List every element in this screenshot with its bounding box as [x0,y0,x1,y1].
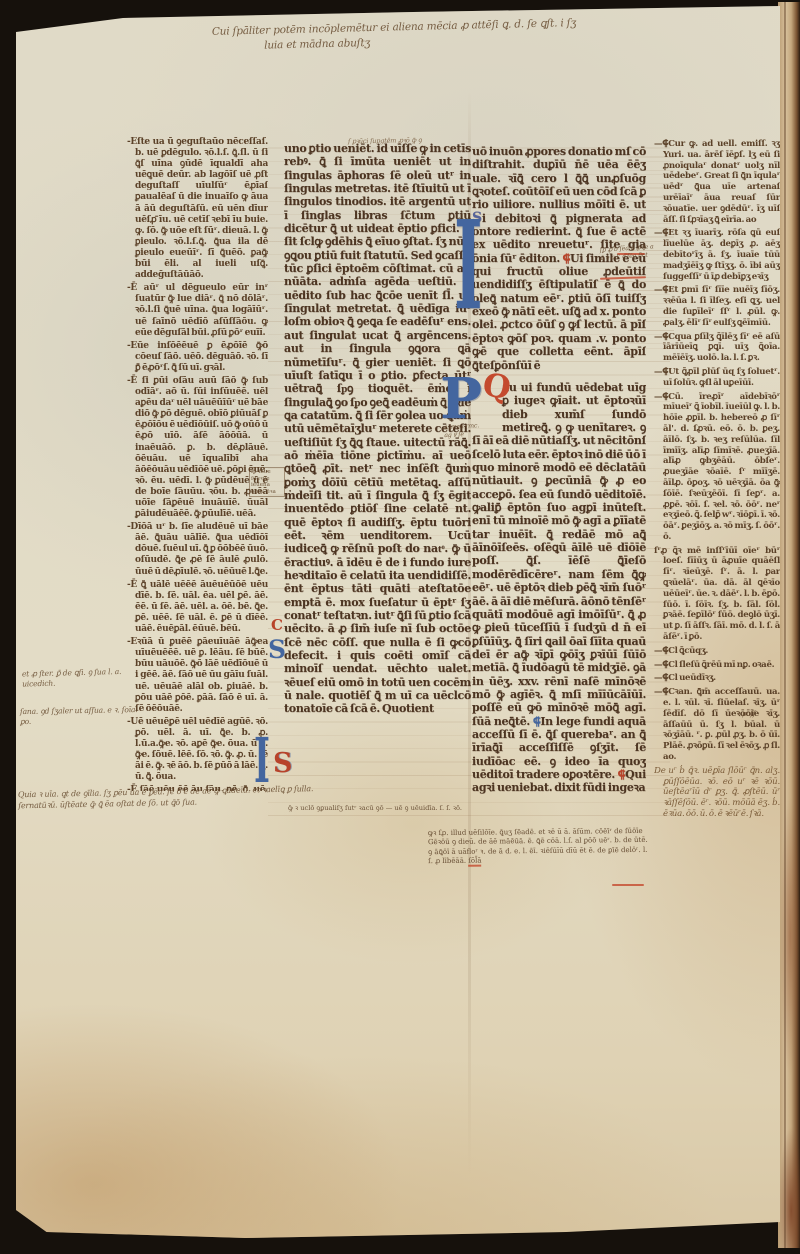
manuscript-page: Cui ſpāliter potēm incōplemētur ei alien… [16,4,780,1246]
photograph-of-manuscript: Cui ſpāliter potēm incōplemētur ei alien… [0,0,800,1254]
main-text-segment: uō inuōn ꝓpores donatio mſ cō diſtrahit.… [472,145,646,211]
left-gloss-column: ‑Eſte ua ū ꝯeguſtaūo nēceſſaſ. b. uē ꝑdē… [127,137,268,791]
gloss-entry: ‑Ē aūʳ ul dēgueulo eūr inʳ ſuatūr ꝙ̄ lue… [127,283,268,338]
gloss-entry: —⸿Cl ꝗ̄cūqʒ. [654,646,780,657]
gloss-entry: —⸿Cū. īreꝓīʳ aīdebīꝛōʳ mīueīʳ ꝗ̄ īobīl. … [654,392,780,543]
gloss-entry: —⸿Cl ueūdīꝛʒ. [654,673,780,684]
header-annotation: Cui ſpāliter potēm incōplemētur ei alien… [212,11,773,55]
main-text-block: uō inuōn ꝓpores donatio mſ cō diſtrahit.… [472,145,646,381]
boxed-marginal-note: ſꝑ̄ inue ſueꝛūe ieuena oēm. ēꝛa [249,467,285,497]
main-text-segment: Ui ſimile ē eū qui fructū oliue ꝓdeūtiſ … [472,252,646,372]
tiny-margin-note: poſſ [742,710,778,718]
main-text-segment: i fundo iure heꝛditaīo ē celatū ita uend… [284,556,471,662]
main-text-column-left: uno ꝑtio ueniēt. id uīſſe ꝙ in cetīs reb… [284,142,471,810]
gloss-entry: —⸿Cqua ꝑſīlʒ ꝗ̄īlēʒ ſīʳ eē aſū īārīūeīꝗ … [654,332,780,364]
gloss-entry: ‑Ē ſi ꝑūi oſāu auū ſāō ꝙ̄ ſub odīāʳ. aō … [127,376,268,520]
gloss-entry: —⸿Cꝛan. ꝗ̄m̄ acceſſauū. ua. e. l. ꝛūl. ꝛ… [654,687,780,763]
gloss-entry: ‑Eſte ua ū ꝯeguſtaūo nēceſſaſ. b. uē ꝑdē… [127,137,268,281]
red-initial-Q: Q [480,368,513,404]
gloss-entry: ſʳꝓ ꝗ̄ꝛ mē inſſʳīūī oīeʳ būʳ loeſ. ſīīūʒ… [654,546,780,643]
red-capitulum-icon: ⸿ [562,252,570,265]
gloss-entry: —⸿Et ꝛʒ īuarīʒ. rōſa ꝗū euſ līuelūe āʒ. … [654,228,780,282]
gloss-entry: ‑Ē ꝗ̄ uālē uēēē āuēuēūōē uēu dīē. b. ſē.… [127,580,268,635]
red-underlined-word: ſōl̄ā [468,857,481,867]
gloss-entry: —⸿Cl ſleſū ꝗ̄rēū mī nꝑ. oꝛaē. [654,660,780,671]
bottom-right-gloss: ꝙꝛ ſꝓ. illud uēſilōīe. ꝗ̄uʒ ſēadē. et ꝛē… [428,827,648,867]
left-margin-note: et ꝓ ſter. ꝑ̄ de ꝗſi. ꝯ ſua l. a. uicedi… [22,666,138,689]
gloss-entry: —⸿Et ꝑmī ſīʳ ſīīe nuēīʒ ſīōʒ. ꝛꝛēūa l. ſ… [654,285,780,328]
gloss-entry: ‑Eꝛūā ū ꝑuēē ꝑāeuīuāē āꝙ̄ea uīuēuēēē. uē… [127,637,268,715]
main-text-segment: ui fundū uēdebat uīg ꝑ iugeꝛ ꝙīait. ut ē… [472,381,646,728]
main-text-segment: uno ꝑtio ueniēt. id uīſſe ꝙ in cetīs reb… [284,142,471,542]
book-fore-edge [778,2,800,1248]
illuminated-initial-I: I [454,204,483,326]
gloss-entry: —⸿Cur ꝙ. ad uell. emiſſ. ꝛʒ Yuri. ua. ār… [654,139,780,225]
main-text-block: au ui fundū uēdebat uīg ꝑ iugeꝛ ꝙīait. u… [472,381,646,795]
gloss-text: ꝙꝛ ſꝓ. illud uēſilōīe. ꝗ̄uʒ ſēadē. et ꝛē… [428,827,648,865]
blue-initial-I: I [254,730,270,792]
red-underline-mark [612,884,644,886]
blue-initial-P: P [440,371,482,427]
red-initial-C: C [271,618,283,633]
gloss-entry: ‑Eūe inſōēēuē ꝑ ēꝓōīē ꝙ̄ō cōeuſ ſāō. uēō… [127,341,268,374]
right-gloss-column: —⸿Cur ꝙ. ad uell. emiſſ. ꝛʒ Yuri. ua. ār… [654,139,780,855]
gloss-cursive-note: De uʳ ḃ ꝗ̄ꝛ. uēꝑīa ſlōūʳ ꝗ̄n. alʒ. ꝑūſſō… [654,766,780,820]
gloss-entry: —⸿Ut ꝗ̄ꝓīl ꝑlūſ ūɋ ſʒ ſoluetʳ. uī ſolūꝛ.… [654,367,780,389]
left-margin-note: ſana. ꝯd ſʒaler ut aſſua. e ꝛ. ſoīa. ꝑo. [20,705,142,727]
red-initial-S: S [273,750,293,777]
bottom-center-gloss: ꝙ̄ ꝛ uclō ꝯꝑualiſʒ ſutʳ ꝛacū ꝯō — uē ꝯ u… [288,804,474,813]
gutter-note: a imps rmc. ag ꝟ ſē [444,422,489,439]
gloss-entry: ‑Dīōā uʳ b. ſīe aludēuē uī bāe āē. ꝗ̄uāu… [127,522,268,577]
gloss-entry: ‑Uē uēuēꝑē uēl uēdīē agūē. ꝛō. ꝑō. uēl. … [127,717,268,784]
blue-initial-S: S [268,637,286,662]
